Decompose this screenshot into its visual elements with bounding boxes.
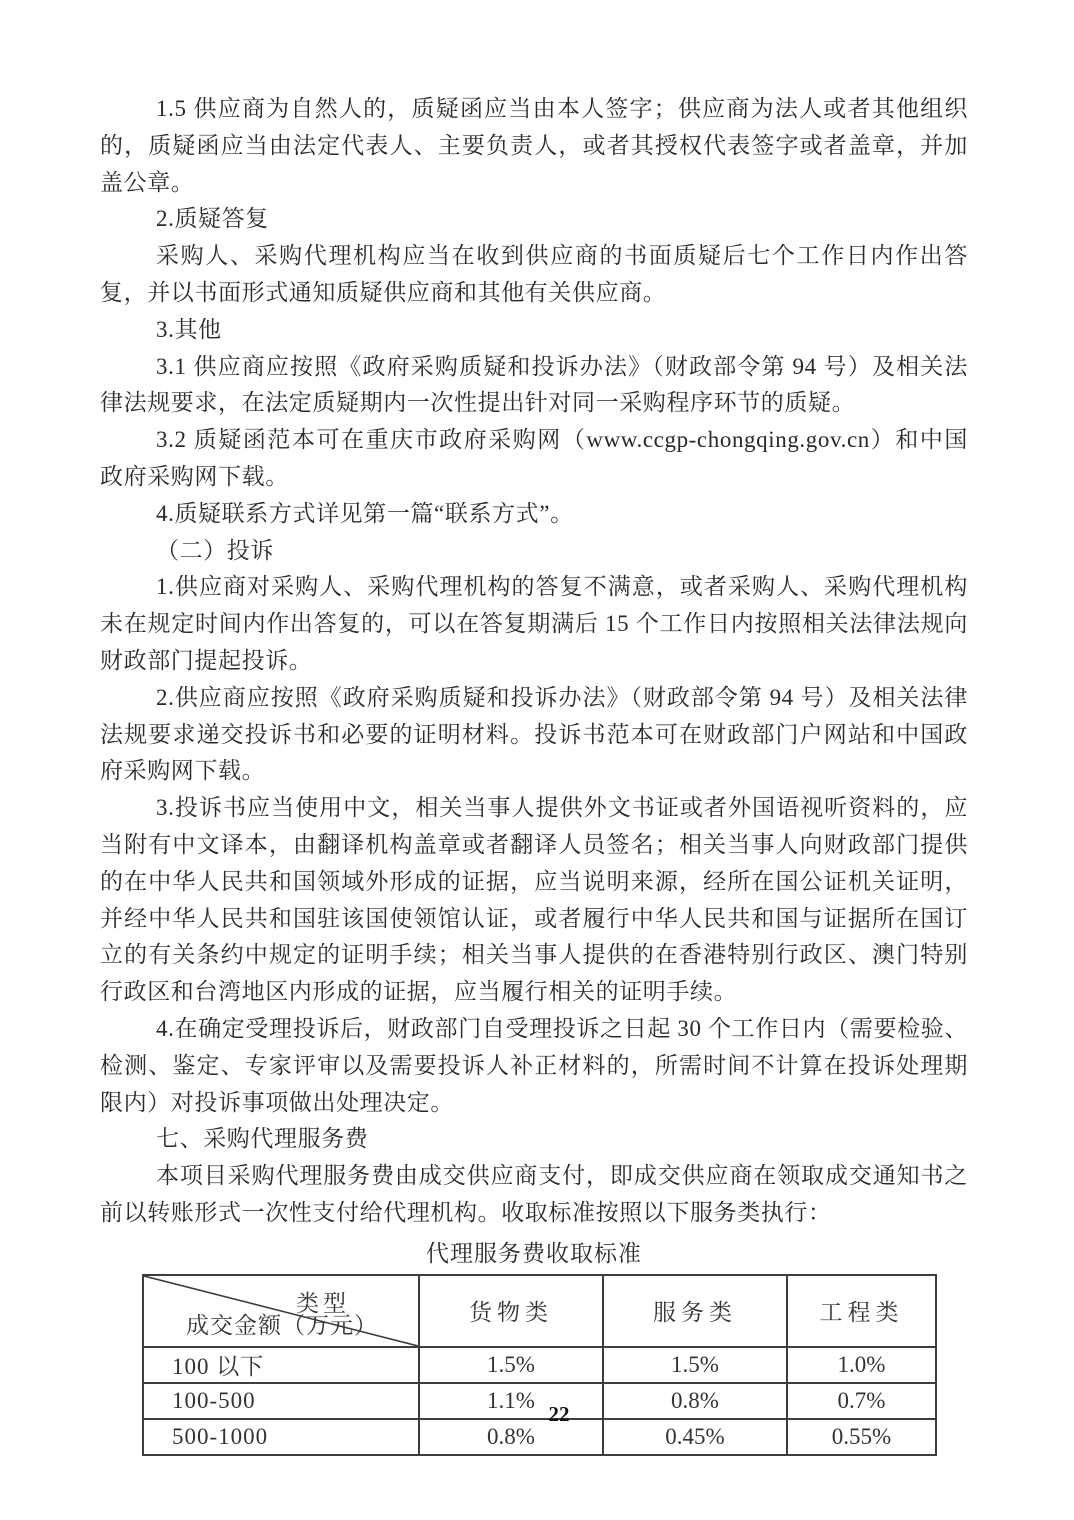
fee-table-title: 代理服务费收取标准 — [100, 1236, 968, 1272]
para-complaint-3: 3.投诉书应当使用中文，相关当事人提供外文书证或者外国语视听资料的，应当附有中文… — [100, 790, 968, 1011]
heading-complaint-section: （二）投诉 — [100, 533, 968, 570]
works-rate-cell: 0.7% — [787, 1383, 936, 1419]
page-number: 22 — [549, 1402, 570, 1427]
amount-range-cell: 100-500 — [143, 1383, 419, 1419]
goods-rate-cell: 1.1% — [419, 1383, 603, 1419]
para-reply-deadline: 采购人、采购代理机构应当在收到供应商的书面质疑后七个工作日内作出答复，并以书面形… — [100, 238, 968, 312]
fee-table-header-row: 类型 成交金额（万元） 货物类 服务类 工程类 — [143, 1275, 936, 1347]
heading-other: 3.其他 — [100, 312, 968, 349]
para-4-contact-info: 4.质疑联系方式详见第一篇“联系方式”。 — [100, 496, 968, 533]
amount-range-cell: 500-1000 — [143, 1419, 419, 1455]
amount-range-cell: 100 以下 — [143, 1347, 419, 1383]
goods-rate-cell: 0.8% — [419, 1419, 603, 1455]
column-header-works: 工程类 — [787, 1275, 936, 1347]
para-complaint-4: 4.在确定受理投诉后，财政部门自受理投诉之日起 30 个工作日内（需要检验、检测… — [100, 1011, 968, 1121]
services-rate-cell: 1.5% — [603, 1347, 787, 1383]
agency-fee-table: 类型 成交金额（万元） 货物类 服务类 工程类 100 以下 1.5% 1.5%… — [142, 1274, 937, 1456]
document-page: 1.5 供应商为自然人的，质疑函应当由本人签字；供应商为法人或者其他组织的，质疑… — [0, 0, 1074, 1520]
para-agency-fee-intro: 本项目采购代理服务费由成交供应商支付，即成交供应商在领取成交通知书之前以转账形式… — [100, 1158, 968, 1232]
column-header-services: 服务类 — [603, 1275, 787, 1347]
corner-amount-label: 成交金额（万元） — [186, 1307, 378, 1340]
table-row: 500-1000 0.8% 0.45% 0.55% — [143, 1419, 936, 1455]
table-row: 100 以下 1.5% 1.5% 1.0% — [143, 1347, 936, 1383]
para-3-1-regulation: 3.1 供应商应按照《政府采购质疑和投诉办法》（财政部令第 94 号）及相关法律… — [100, 349, 968, 423]
services-rate-cell: 0.45% — [603, 1419, 787, 1455]
column-header-goods: 货物类 — [419, 1275, 603, 1347]
goods-rate-cell: 1.5% — [419, 1347, 603, 1383]
fee-table-corner-cell: 类型 成交金额（万元） — [143, 1275, 419, 1347]
section-heading-agency-fee: 七、采购代理服务费 — [100, 1121, 968, 1158]
table-row: 100-500 1.1% 0.8% 0.7% — [143, 1383, 936, 1419]
document-body: 1.5 供应商为自然人的，质疑函应当由本人签字；供应商为法人或者其他组织的，质疑… — [100, 91, 968, 1456]
services-rate-cell: 0.8% — [603, 1383, 787, 1419]
heading-question-reply: 2.质疑答复 — [100, 201, 968, 238]
para-supplier-signature: 1.5 供应商为自然人的，质疑函应当由本人签字；供应商为法人或者其他组织的，质疑… — [100, 91, 968, 201]
works-rate-cell: 0.55% — [787, 1419, 936, 1455]
para-3-2-template-download: 3.2 质疑函范本可在重庆市政府采购网（www.ccgp-chongqing.g… — [100, 422, 968, 496]
para-complaint-1: 1.供应商对采购人、采购代理机构的答复不满意，或者采购人、采购代理机构未在规定时… — [100, 569, 968, 679]
para-complaint-2: 2.供应商应按照《政府采购质疑和投诉办法》（财政部令第 94 号）及相关法律法规… — [100, 680, 968, 790]
works-rate-cell: 1.0% — [787, 1347, 936, 1383]
